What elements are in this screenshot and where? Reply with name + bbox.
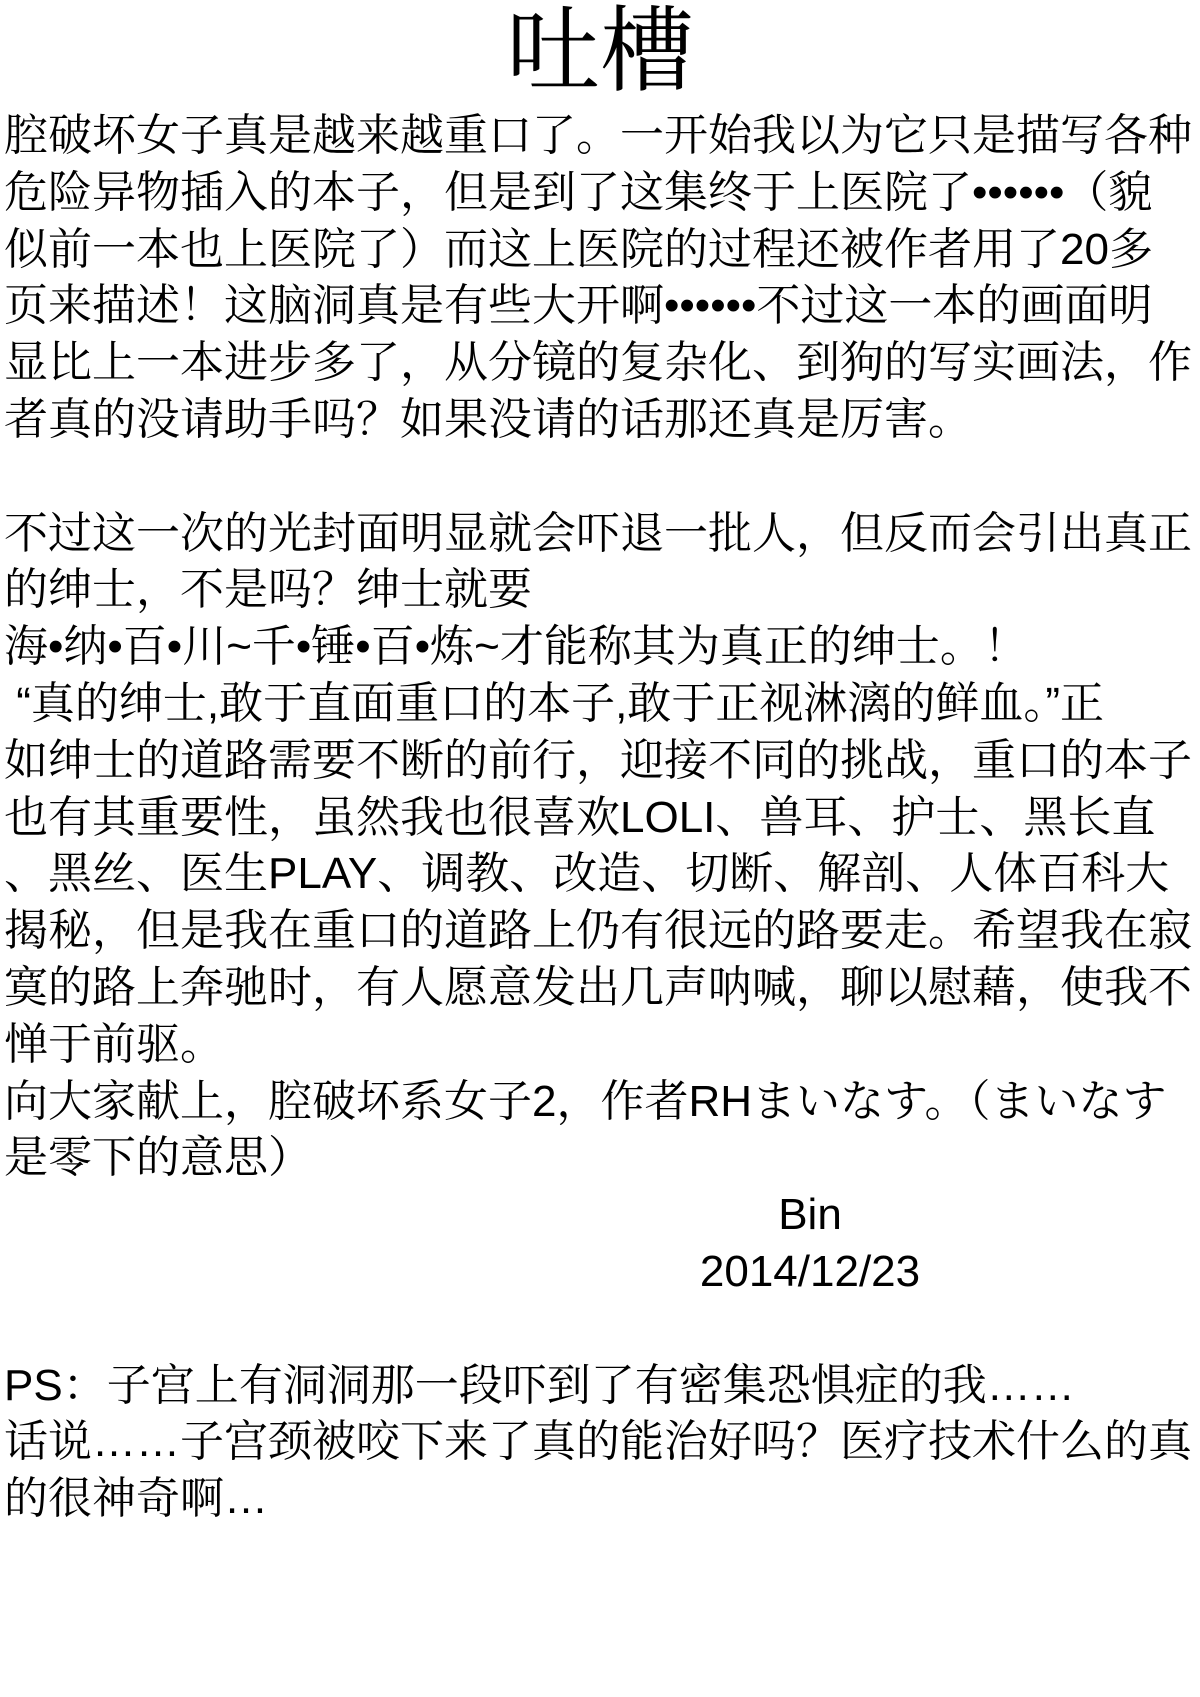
postscript-block: PS：子宫上有洞洞那一段吓到了有密集恐惧症的我……话说……子宫颈被咬下来了真的能…: [0, 1358, 1200, 1528]
postscript-text-line: PS：子宫上有洞洞那一段吓到了有密集恐惧症的我……: [0, 1358, 1200, 1415]
gentleman-text-line: 是零下的意思）: [0, 1130, 1200, 1187]
gentleman-text-line: “真的绅士,敢于直面重口的本子,敢于正视淋漓的鲜血。”正: [0, 676, 1200, 733]
review-text-line: 显比上一本进步多了，从分镜的复杂化、到狗的写实画法，作: [0, 335, 1200, 392]
gentleman-text-line: 揭秘，但是我在重口的道路上仍有很远的路要走。希望我在寂: [0, 903, 1200, 960]
paragraph-gentleman: 不过这一次的光封面明显就会吓退一批人，但反而会引出真正的绅士，不是吗？绅士就要海…: [0, 506, 1200, 1188]
review-text-line: 腔破坏女子真是越来越重口了。一开始我以为它只是描写各种: [0, 108, 1200, 165]
review-text-line: 者真的没请助手吗？如果没请的话那还真是厉害。: [0, 392, 1200, 449]
gentleman-text-line: 如绅士的道路需要不断的前行，迎接不同的挑战，重口的本子: [0, 733, 1200, 790]
gentleman-text-line: 的绅士，不是吗？绅士就要: [0, 562, 1200, 619]
postscript-text-line: 话说……子宫颈被咬下来了真的能治好吗？医疗技术什么的真: [0, 1414, 1200, 1471]
document-title: 吐槽: [0, 0, 1200, 108]
document-page: 吐槽 腔破坏女子真是越来越重口了。一开始我以为它只是描写各种危险异物插入的本子，…: [0, 0, 1200, 1697]
gentleman-text-line: 寞的路上奔驰时，有人愿意发出几声呐喊，聊以慰藉，使我不: [0, 960, 1200, 1017]
gentleman-text-line: 海•纳•百•川~千•锤•百•炼~才能称其为真正的绅士。！: [0, 619, 1200, 676]
review-text-line: 似前一本也上医院了）而这上医院的过程还被作者用了20多: [0, 222, 1200, 279]
signature-block: Bin 2014/12/23: [420, 1187, 1200, 1301]
paragraph-review: 腔破坏女子真是越来越重口了。一开始我以为它只是描写各种危险异物插入的本子，但是到…: [0, 108, 1200, 449]
signature-date: 2014/12/23: [420, 1244, 1200, 1301]
signature-name: Bin: [420, 1187, 1200, 1244]
gentleman-text-line: 惮于前驱。: [0, 1017, 1200, 1074]
gentleman-text-line: 向大家献上，腔破坏系女子2，作者RHまいなす。（まいなす: [0, 1074, 1200, 1131]
postscript-text-line: 的很神奇啊…: [0, 1471, 1200, 1528]
review-text-line: 页来描述！这脑洞真是有些大开啊••••••不过这一本的画面明: [0, 278, 1200, 335]
gentleman-text-line: 不过这一次的光封面明显就会吓退一批人，但反而会引出真正: [0, 506, 1200, 563]
review-text-line: 危险异物插入的本子，但是到了这集终于上医院了••••••（貌: [0, 165, 1200, 222]
gentleman-text-line: 、黑丝、医生PLAY、调教、改造、切断、解剖、人体百科大: [0, 846, 1200, 903]
gentleman-text-line: 也有其重要性，虽然我也很喜欢LOLI、兽耳、护士、黑长直: [0, 790, 1200, 847]
